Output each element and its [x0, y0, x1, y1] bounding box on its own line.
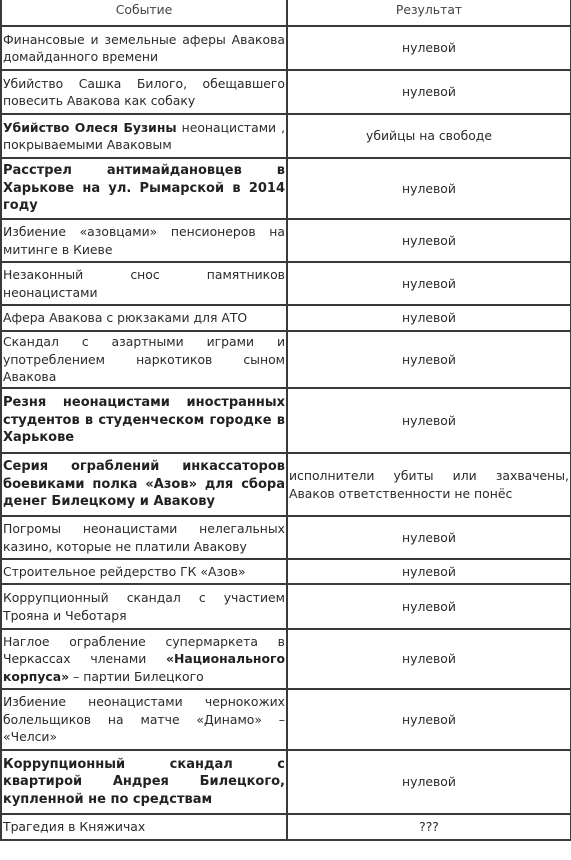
event-cell: Резня неонацистами иностранных студентов… — [1, 388, 287, 453]
event-cell: Коррупционный скандал с квартирой Андрея… — [1, 750, 287, 814]
event-cell: Убийство Олеся Бузины неонацистами , пок… — [1, 114, 287, 158]
table-row: Строительное рейдерство ГК «Азов» нулево… — [1, 559, 571, 584]
header-result: Результат — [287, 0, 571, 26]
table-row: Расстрел антимайдановцев в Харькове на у… — [1, 158, 571, 219]
event-text: Избиение «азовцами» пенсионеров на митин… — [3, 224, 285, 257]
event-cell: Серия ограблений инкассаторов боевиками … — [1, 453, 287, 516]
table-row: Финансовые и земельные аферы Авакова дом… — [1, 26, 571, 70]
event-cell: Афера Авакова с рюкзаками для АТО — [1, 305, 287, 331]
event-cell: Скандал с азартными играми и употреблени… — [1, 331, 287, 388]
result-cell: нулевой — [287, 26, 571, 70]
table-row: Погромы неонацистами нелегальных казино,… — [1, 516, 571, 559]
event-cell: Наглое ограбление супермаркета в Черкасс… — [1, 629, 287, 689]
table-row: Избиение «азовцами» пенсионеров на митин… — [1, 219, 571, 262]
table-row: Трагедия в Княжичах ??? — [1, 814, 571, 840]
event-text: Финансовые и земельные аферы Авакова дом… — [3, 32, 285, 65]
event-text: Афера Авакова с рюкзаками для АТО — [3, 310, 247, 325]
result-cell: нулевой — [287, 305, 571, 331]
event-text: Коррупционный скандал с участием Трояна … — [3, 590, 285, 623]
result-cell: исполнители убиты или захвачены, Аваков … — [287, 453, 571, 516]
event-cell: Финансовые и земельные аферы Авакова дом… — [1, 26, 287, 70]
event-bold-text: Резня неонацистами иностранных студентов… — [3, 395, 285, 445]
event-text: Незаконный снос памятников неонацистами — [3, 267, 285, 300]
event-text: Убийство Сашка Билого, обещавшего повеси… — [3, 76, 285, 109]
result-cell: нулевой — [287, 388, 571, 453]
table-row: Коррупционный скандал с участием Трояна … — [1, 584, 571, 629]
event-text: Избиение неонацистами чернокожих болельщ… — [3, 694, 285, 744]
table-row: Убийство Олеся Бузины неонацистами , пок… — [1, 114, 571, 158]
result-cell: нулевой — [287, 262, 571, 305]
event-bold-text: Убийство Олеся Бузины — [3, 120, 177, 135]
result-cell: нулевой — [287, 750, 571, 814]
event-bold-text: Коррупционный скандал с квартирой Андрея… — [3, 757, 285, 807]
header-event: Событие — [1, 0, 287, 26]
event-text: Скандал с азартными играми и употреблени… — [3, 334, 285, 384]
event-cell: Погромы неонацистами нелегальных казино,… — [1, 516, 287, 559]
event-cell: Трагедия в Княжичах — [1, 814, 287, 840]
event-cell: Избиение неонацистами чернокожих болельщ… — [1, 689, 287, 750]
event-cell: Строительное рейдерство ГК «Азов» — [1, 559, 287, 584]
event-text: Погромы неонацистами нелегальных казино,… — [3, 521, 285, 554]
result-cell: нулевой — [287, 629, 571, 689]
event-bold-text: Расстрел антимайдановцев в Харькове на у… — [3, 163, 285, 213]
table-row: Незаконный снос памятников неонацистами … — [1, 262, 571, 305]
table-row: Скандал с азартными играми и употреблени… — [1, 331, 571, 388]
event-bold-text: Серия ограблений инкассаторов боевиками … — [3, 459, 285, 509]
table-row: Афера Авакова с рюкзаками для АТО нулево… — [1, 305, 571, 331]
result-cell: убийцы на свободе — [287, 114, 571, 158]
result-cell: нулевой — [287, 559, 571, 584]
event-cell: Убийство Сашка Билого, обещавшего повеси… — [1, 70, 287, 114]
table-row: Коррупционный скандал с квартирой Андрея… — [1, 750, 571, 814]
table-row: Резня неонацистами иностранных студентов… — [1, 388, 571, 453]
result-cell: ??? — [287, 814, 571, 840]
result-cell: нулевой — [287, 70, 571, 114]
event-cell: Расстрел антимайдановцев в Харькове на у… — [1, 158, 287, 219]
table-row: Наглое ограбление супермаркета в Черкасс… — [1, 629, 571, 689]
table-row: Убийство Сашка Билого, обещавшего повеси… — [1, 70, 571, 114]
result-cell: нулевой — [287, 219, 571, 262]
event-cell: Незаконный снос памятников неонацистами — [1, 262, 287, 305]
table-row: Серия ограблений инкассаторов боевиками … — [1, 453, 571, 516]
event-cell: Избиение «азовцами» пенсионеров на митин… — [1, 219, 287, 262]
table-row: Избиение неонацистами чернокожих болельщ… — [1, 689, 571, 750]
result-cell: нулевой — [287, 689, 571, 750]
result-cell: нулевой — [287, 584, 571, 629]
event-text: – партии Билецкого — [69, 669, 204, 684]
event-cell: Коррупционный скандал с участием Трояна … — [1, 584, 287, 629]
event-text: Строительное рейдерство ГК «Азов» — [3, 564, 246, 579]
result-cell: нулевой — [287, 331, 571, 388]
event-text: Трагедия в Княжичах — [3, 819, 145, 834]
result-cell: нулевой — [287, 158, 571, 219]
result-cell: нулевой — [287, 516, 571, 559]
events-results-table: Событие Результат Финансовые и земельные… — [0, 0, 571, 841]
table-header-row: Событие Результат — [1, 0, 571, 26]
